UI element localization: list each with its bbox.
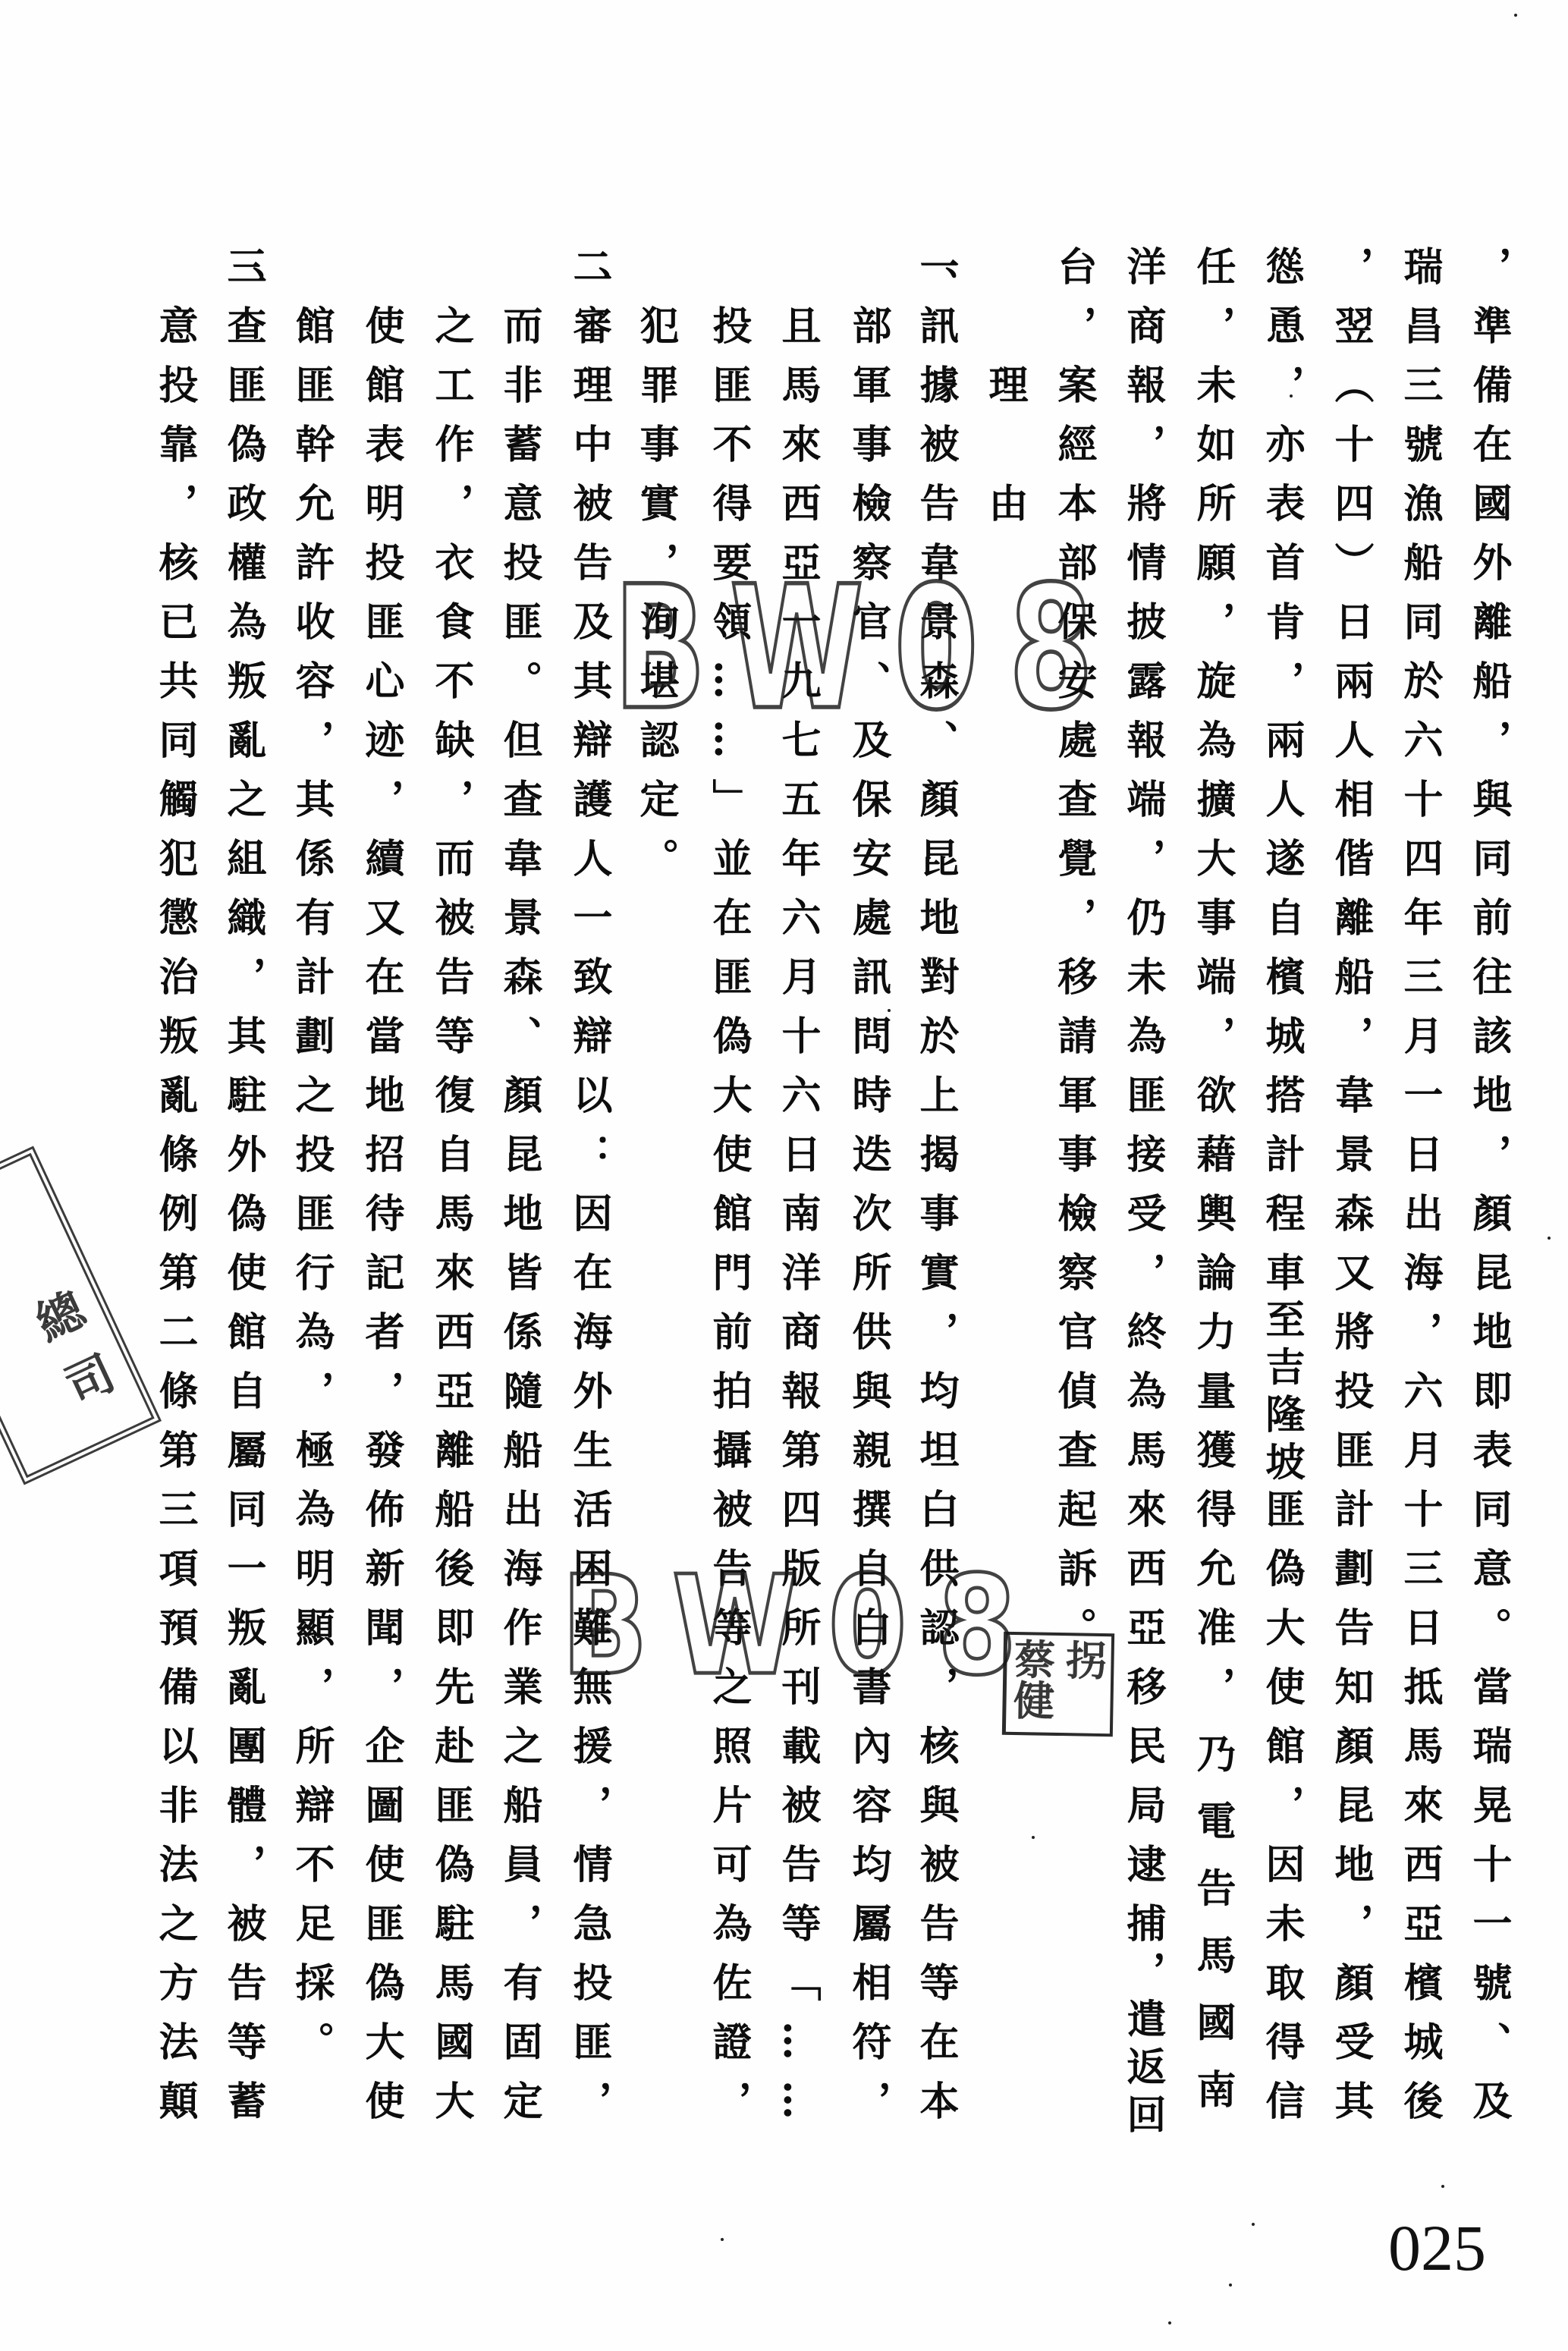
scan-speck <box>1548 1237 1551 1240</box>
text-column: 查匪偽政權為叛亂之組織，其駐外偽使館自屬同一叛亂團體，被告等蓄 <box>208 305 278 2139</box>
text-segment-compressed: 捕，遣返回 <box>1120 1903 1166 2142</box>
text-segment: 犯罪事實，洵堪認定。 <box>633 305 679 897</box>
page-number: 025 <box>1388 2215 1486 2280</box>
text-column: 洋商報，將情披露報端，仍未為匪接受，終為馬來西亞移民局逮捕，遣返回 <box>1108 246 1177 2142</box>
text-segment: 且馬來西亞一九七五年六月十六日南洋商報第四版所刊載被告等「…… <box>775 305 821 2139</box>
text-column: 意投靠，核已共同觸犯懲治叛亂條例第二條第三項預備以非法之方法顛 <box>140 305 209 2139</box>
text-column: 台，案經本部保安處查覺，移請軍事檢察官偵查起訴。 <box>1039 246 1108 1666</box>
scan-speck <box>721 2238 724 2241</box>
scan-speck <box>888 1009 891 1012</box>
text-segment: 慫恿，亦表首肯，兩人遂自檳城搭計程 <box>1258 246 1305 1252</box>
text-segment: 查匪偽政權為叛亂之組織，其駐外偽使館自屬同一叛亂團體，被告等蓄 <box>220 305 266 2139</box>
section-heading-char: 理 <box>969 364 1039 404</box>
scan-speck <box>1168 2321 1171 2324</box>
text-segment: ，準備在國外離船，與同前往該地，顏昆地即表同意。當瑞晃十一號、及 <box>1466 246 1512 2139</box>
text-segment: 之工作，衣食不缺，而被告等復自馬來西亞離船後即先赴匪偽駐馬國大 <box>428 305 474 2139</box>
text-column: 且馬來西亞一九七五年六月十六日南洋商報第四版所刊載被告等「…… <box>762 305 832 2139</box>
text-column: ，準備在國外離船，與同前往該地，顏昆地即表同意。當瑞晃十一號、及 <box>1453 246 1523 2139</box>
text-column: 使館表明投匪心迹，續又在當地招待記者，發佈新聞，企圖使匪偽大使 <box>346 305 416 2139</box>
scan-speck <box>1252 2223 1255 2226</box>
text-segment: 而非蓄意投匪。但查韋景森、顏昆地皆係隨船出海作業之船員，有固定 <box>496 305 542 2139</box>
text-column: 犯罪事實，洵堪認定。 <box>621 305 690 897</box>
text-column: 審理中被告及其辯護人一致辯以：因在海外生活困難無援，情急投匪， <box>554 305 624 2139</box>
text-segment: 任，未如所願，旋為擴大事端，欲藉輿論力量獲得允准 <box>1189 246 1236 1666</box>
text-segment: 訊據被告韋景森、顏昆地對於上揭事實，均坦白供認，核與被告等在本 <box>913 305 959 2139</box>
text-column: 館匪幹允許收容，其係有計劃之投匪行為，極為明顯，所辯不足採。 <box>276 305 346 2080</box>
text-segment: 館匪幹允許收容，其係有計劃之投匪行為，極為明顯，所辯不足採。 <box>288 305 335 2080</box>
item-number: 三、 <box>208 246 278 285</box>
scan-speck <box>1229 2283 1232 2287</box>
scan-speck <box>1290 394 1293 398</box>
item-number: 二、 <box>554 246 624 285</box>
text-segment: 匪偽大使館，因未取得信 <box>1258 1488 1305 2139</box>
item-number: 一、 <box>900 246 970 285</box>
official-seal: 總司 <box>0 1146 162 1485</box>
text-segment: 部軍事檢察官、及保安處訊問時迭次所供與親撰自白書內容均屬相符， <box>845 305 891 2139</box>
personal-seal: 拐 蔡健 <box>1002 1632 1114 1737</box>
seal-text: 蔡健 <box>1005 1638 1058 1730</box>
scan-speck <box>470 926 473 929</box>
text-segment-compressed: 車至吉隆坡 <box>1258 1252 1305 1488</box>
text-segment: 台，案經本部保安處查覺，移請軍事檢察官偵查起訴。 <box>1051 246 1097 1666</box>
seal-text: 拐 <box>1057 1639 1110 1730</box>
text-segment-expanded: ，乃電告馬國南 <box>1189 1666 1236 2136</box>
text-segment: 投匪不得要領……」並在匪偽大使館門前拍攝被告等之照片可為佐證， <box>705 305 752 2139</box>
text-column: 任，未如所願，旋為擴大事端，欲藉輿論力量獲得允准，乃電告馬國南 <box>1177 246 1247 2136</box>
scan-speck <box>1032 1836 1035 1839</box>
text-segment: 瑞昌三號漁船同於六十四年三月一日出海，六月十三日抵馬來西亞檳城後 <box>1397 246 1443 2139</box>
scan-speck <box>1514 14 1517 17</box>
text-segment: 使館表明投匪心迹，續又在當地招待記者，發佈新聞，企圖使匪偽大使 <box>358 305 404 2139</box>
text-column: 之工作，衣食不缺，而被告等復自馬來西亞離船後即先赴匪偽駐馬國大 <box>416 305 485 2139</box>
text-column: 慫恿，亦表首肯，兩人遂自檳城搭計程車至吉隆坡匪偽大使館，因未取得信 <box>1246 246 1316 2139</box>
section-heading-char: 由 <box>969 482 1039 522</box>
seal-text: 總司 <box>19 1283 133 1435</box>
scan-speck <box>228 872 231 875</box>
text-column: 訊據被告韋景森、顏昆地對於上揭事實，均坦白供認，核與被告等在本 <box>900 305 970 2139</box>
scan-speck <box>1441 2185 1444 2188</box>
text-segment: 意投靠，核已共同觸犯懲治叛亂條例第二條第三項預備以非法之方法顛 <box>152 305 198 2139</box>
text-segment: 洋商報，將情披露報端，仍未為匪接受，終為馬來西亞移民局逮 <box>1120 246 1166 1903</box>
scan-speck <box>46 1320 49 1323</box>
document-page: ，準備在國外離船，與同前往該地，顏昆地即表同意。當瑞晃十一號、及 瑞昌三號漁船同… <box>0 0 1568 2351</box>
text-segment: 審理中被告及其辯護人一致辯以：因在海外生活困難無援，情急投匪， <box>566 305 612 2139</box>
text-column: 而非蓄意投匪。但查韋景森、顏昆地皆係隨船出海作業之船員，有固定 <box>484 305 554 2139</box>
text-column: 部軍事檢察官、及保安處訊問時迭次所供與親撰自白書內容均屬相符， <box>833 305 903 2139</box>
text-column: ，翌（十四）日兩人相偕離船，韋景森又將投匪計劃告知顏昆地，顏受其 <box>1315 246 1385 2139</box>
text-column: 瑞昌三號漁船同於六十四年三月一日出海，六月十三日抵馬來西亞檳城後 <box>1384 246 1454 2139</box>
text-column: 投匪不得要領……」並在匪偽大使館門前拍攝被告等之照片可為佐證， <box>693 305 763 2139</box>
scan-speck <box>1092 872 1095 875</box>
text-segment: ，翌（十四）日兩人相偕離船，韋景森又將投匪計劃告知顏昆地，顏受其 <box>1328 246 1374 2139</box>
